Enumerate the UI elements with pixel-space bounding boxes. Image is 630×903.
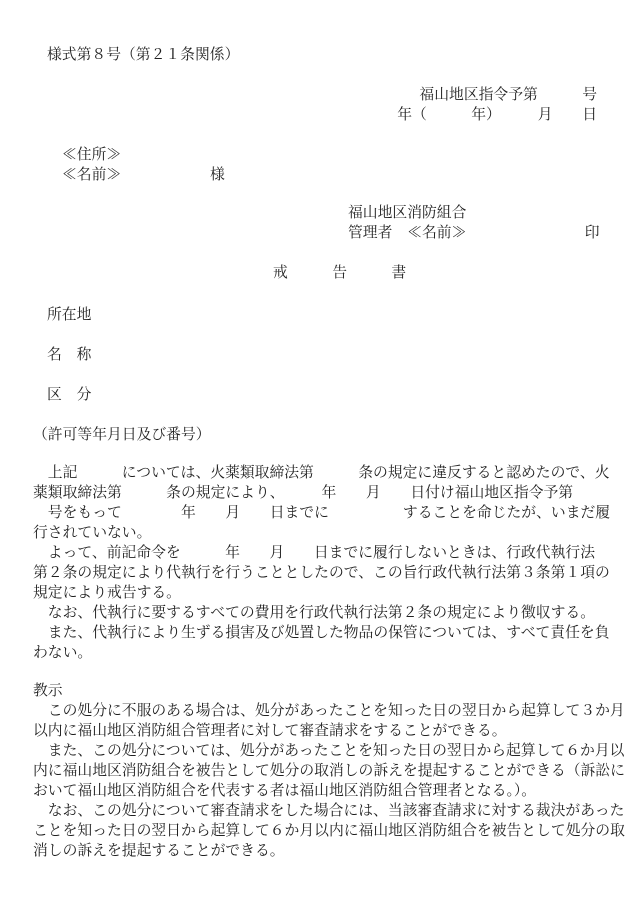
body-line: 号をもって 年 月 日までに することを命じたが、いまだ履 bbox=[33, 503, 597, 523]
document-title: 戒 告 書 bbox=[273, 263, 597, 283]
directive-number-line: 福山地区指令予第 号 bbox=[33, 85, 597, 105]
field-permit-label: （許可等年月日及び番号） bbox=[33, 425, 597, 445]
instruction-line: また、この処分については、処分があったことを知った日の翌日から起算して６か月以 bbox=[33, 741, 597, 761]
instruction-heading: 教示 bbox=[33, 681, 597, 701]
body-line: わない。 bbox=[33, 643, 597, 663]
instruction-line: ことを知った日の翌日から起算して６か月以内に福山地区消防組合を被告として処分の取 bbox=[33, 821, 597, 841]
form-number-line: 様式第８号（第２１条関係） bbox=[47, 45, 597, 65]
instruction-line: 消しの訴えを提起することができる。 bbox=[33, 841, 597, 861]
field-name-label: 名 称 bbox=[47, 345, 597, 365]
body-line: 第２条の規定により代執行を行うこととしたので、この旨行政代執行法第３条第１項の bbox=[33, 563, 597, 583]
field-location-label: 所在地 bbox=[47, 305, 597, 325]
instruction-line: 以内に福山地区消防組合管理者に対して審査請求をすることができる。 bbox=[33, 721, 597, 741]
sender-manager-line: 管理者 ≪名前≫ 印 bbox=[348, 223, 597, 243]
date-line: 年（ 年） 月 日 bbox=[33, 105, 597, 125]
sender-organization: 福山地区消防組合 bbox=[348, 203, 597, 223]
body-line: 薬類取締法第 条の規定により、 年 月 日付け福山地区指令予第 bbox=[33, 483, 597, 503]
document-page: 様式第８号（第２１条関係） 福山地区指令予第 号 年（ 年） 月 日 ≪住所≫ … bbox=[0, 0, 630, 903]
instruction-line: おいて福山地区消防組合を代表する者は福山地区消防組合管理者となる。）。 bbox=[33, 781, 597, 801]
field-category-label: 区 分 bbox=[47, 385, 597, 405]
recipient-address: ≪住所≫ bbox=[62, 145, 597, 165]
body-line: なお、代執行に要するすべての費用を行政代執行法第２条の規定により徴収する。 bbox=[33, 603, 597, 623]
body-line: また、代執行により生ずる損害及び処置した物品の保管については、すべて責任を負 bbox=[33, 623, 597, 643]
body-line: 規定により戒告する。 bbox=[33, 583, 597, 603]
body-line: 上記 については、火薬類取締法第 条の規定に違反すると認めたので、火 bbox=[33, 463, 597, 483]
instruction-line: なお、この処分について審査請求をした場合には、当該審査請求に対する裁決があった bbox=[33, 801, 597, 821]
body-line: よって、前記命令を 年 月 日までに履行しないときは、行政代執行法 bbox=[33, 543, 597, 563]
body-line: 行されていない。 bbox=[33, 523, 597, 543]
recipient-name-line: ≪名前≫ 様 bbox=[62, 165, 597, 185]
instruction-line: この処分に不服のある場合は、処分があったことを知った日の翌日から起算して３か月 bbox=[33, 701, 597, 721]
instruction-line: 内に福山地区消防組合を被告として処分の取消しの訴えを提起することができる（訴訟に bbox=[33, 761, 597, 781]
